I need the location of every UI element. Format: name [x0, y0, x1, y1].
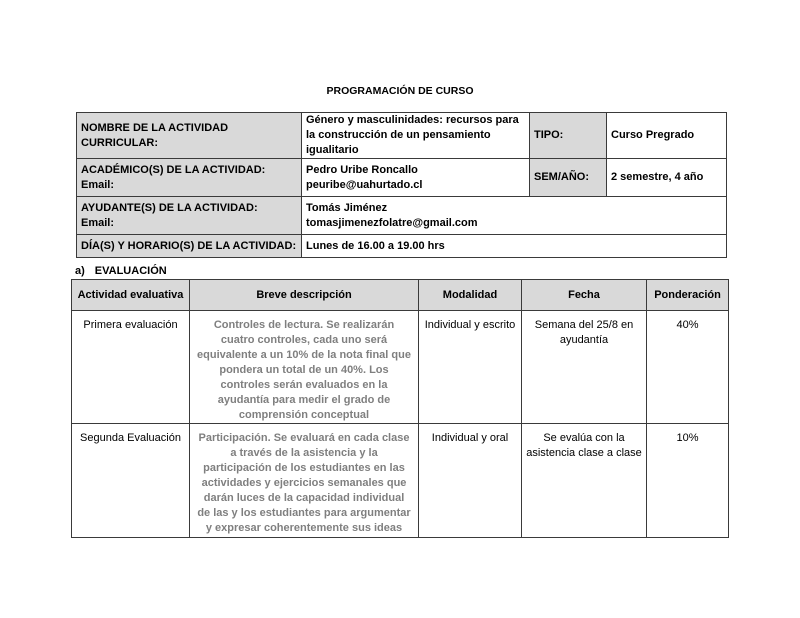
column-header-actividad: Actividad evaluativa: [72, 280, 190, 311]
table-row: Primera evaluación Controles de lectura.…: [72, 311, 729, 424]
table-row: DÍA(S) Y HORARIO(S) DE LA ACTIVIDAD: Lun…: [77, 235, 727, 258]
ponderacion-cell: 10%: [647, 424, 729, 538]
sem-label: SEM/AÑO:: [530, 159, 607, 197]
horario-label: DÍA(S) Y HORARIO(S) DE LA ACTIVIDAD:: [77, 235, 302, 258]
ponderacion-cell: 40%: [647, 311, 729, 424]
actividad-cell: Primera evaluación: [72, 311, 190, 424]
modalidad-cell: Individual y oral: [419, 424, 522, 538]
tipo-value: Curso Pregrado: [607, 113, 727, 159]
section-title: EVALUACIÓN: [95, 265, 167, 277]
academico-label: ACADÉMICO(S) DE LA ACTIVIDAD:: [81, 163, 297, 178]
descripcion-cell: Controles de lectura. Se realizarán cuat…: [190, 311, 419, 424]
table-row: Segunda Evaluación Participación. Se eva…: [72, 424, 729, 538]
horario-value: Lunes de 16.00 a 19.00 hrs: [302, 235, 727, 258]
ayudante-label-cell: AYUDANTE(S) DE LA ACTIVIDAD: Email:: [77, 197, 302, 235]
document-title: PROGRAMACIÓN DE CURSO: [0, 85, 800, 97]
table-row: NOMBRE DE LA ACTIVIDAD CURRICULAR: Géner…: [77, 113, 727, 159]
academico-email-label: Email:: [81, 178, 297, 193]
fecha-cell: Semana del 25/8 en ayudantía: [522, 311, 647, 424]
ayudante-value-cell: Tomás Jiménez tomasjimenezfolatre@gmail.…: [302, 197, 727, 235]
column-header-modalidad: Modalidad: [419, 280, 522, 311]
ayudante-name: Tomás Jiménez: [306, 201, 722, 216]
table-row: AYUDANTE(S) DE LA ACTIVIDAD: Email: Tomá…: [77, 197, 727, 235]
table-row: ACADÉMICO(S) DE LA ACTIVIDAD: Email: Ped…: [77, 159, 727, 197]
section-heading: a)EVALUACIÓN: [75, 265, 167, 277]
academico-name: Pedro Uribe Roncallo: [306, 163, 525, 178]
actividad-cell: Segunda Evaluación: [72, 424, 190, 538]
nombre-value: Género y masculinidades: recursos para l…: [302, 113, 530, 159]
academico-value-cell: Pedro Uribe Roncallo peuribe@uahurtado.c…: [302, 159, 530, 197]
ayudante-label: AYUDANTE(S) DE LA ACTIVIDAD:: [81, 201, 297, 216]
column-header-ponderacion: Ponderación: [647, 280, 729, 311]
ayudante-email: tomasjimenezfolatre@gmail.com: [306, 216, 722, 231]
table-header-row: Actividad evaluativa Breve descripción M…: [72, 280, 729, 311]
descripcion-cell: Participación. Se evaluará en cada clase…: [190, 424, 419, 538]
course-info-table: NOMBRE DE LA ACTIVIDAD CURRICULAR: Géner…: [76, 112, 727, 258]
column-header-descripcion: Breve descripción: [190, 280, 419, 311]
modalidad-cell: Individual y escrito: [419, 311, 522, 424]
ayudante-email-label: Email:: [81, 216, 297, 231]
section-marker: a): [75, 265, 85, 277]
column-header-fecha: Fecha: [522, 280, 647, 311]
nombre-label: NOMBRE DE LA ACTIVIDAD CURRICULAR:: [77, 113, 302, 159]
academico-email: peuribe@uahurtado.cl: [306, 178, 525, 193]
fecha-cell: Se evalúa con la asistencia clase a clas…: [522, 424, 647, 538]
tipo-label: TIPO:: [530, 113, 607, 159]
sem-value: 2 semestre, 4 año: [607, 159, 727, 197]
academico-label-cell: ACADÉMICO(S) DE LA ACTIVIDAD: Email:: [77, 159, 302, 197]
evaluation-table: Actividad evaluativa Breve descripción M…: [71, 279, 729, 538]
